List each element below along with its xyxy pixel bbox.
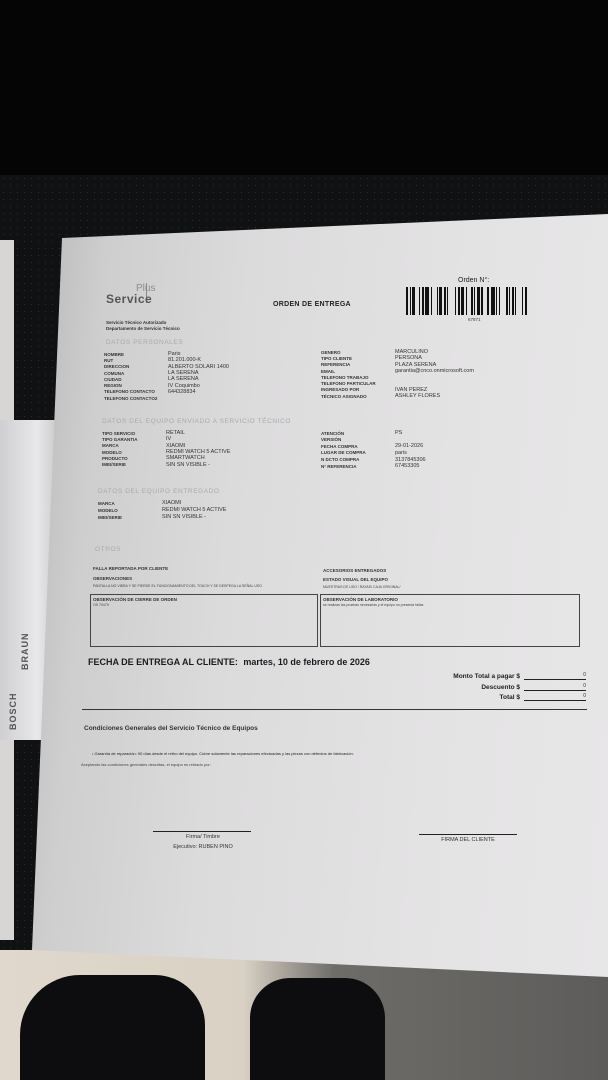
field-value: RETAIL [166,430,185,436]
barcode-bar [499,287,500,315]
field-label: ATENCIÓN [321,431,395,436]
field-row: N° REFERENCIA67453305 [321,463,419,469]
field-label: INGRESADO POR [321,387,395,392]
logo-service: Service [106,292,152,306]
conditions-bullet: • Garantía de reparación: 90 días desde … [92,751,354,756]
observaciones-value: PANTALLA NO VIBRA Y SE PIERDE EL FUNCION… [93,584,262,588]
field-value: MARCULINO [395,349,428,355]
conditions-note: Aceptando las condiciones generales desc… [81,762,211,767]
document-title: ORDEN DE ENTREGA [273,301,351,308]
field-row: VERSIÓN [321,437,395,443]
section-heading-delivered-equipment: DATOS DEL EQUIPO ENTREGADO [98,488,220,495]
barcode-bar [437,287,438,315]
field-label: RUT [104,358,168,363]
field-value: REDMI WATCH 5 ACTIVE [162,507,226,513]
barcode-bar [455,287,456,315]
field-value: LA SERENA [168,370,199,376]
barcode-bar [406,287,408,315]
field-label: LUGAR DE COMPRA [321,450,395,455]
field-value: PS [395,430,402,436]
final-total-value: 0 [524,693,586,701]
signature-executive-line1: Firma/ Timbre [153,834,253,840]
delivery-date-value: martes, 10 de febrero de 2026 [243,657,370,667]
lab-observation-box: OBSERVACIÓN DE LABORATORIO se realizan l… [320,594,580,647]
delivery-date-label: FECHA DE ENTREGA AL CLIENTE: [88,657,238,667]
section-heading-personal: DATOS PERSONALES [106,339,183,346]
signature-line-client [419,834,517,835]
field-label: VERSIÓN [321,437,395,442]
field-label: TELEFONO TRABAJO [321,375,395,380]
field-label: PRODUCTO [102,456,166,461]
total-row-final: Total $ 0 [410,693,586,701]
field-value: SMARTWATCH [166,455,205,461]
field-label: REGION [104,383,168,388]
barcode-bar [506,287,508,315]
barcode-bar [481,287,483,315]
total-value: 0 [524,672,586,680]
section-heading-others: OTROS [95,546,121,553]
closing-observation-box: OBSERVACIÓN DE CIERRE DE ORDEN OS 70479 [90,594,318,647]
field-value: PLAZA SERENA [395,362,436,368]
barcode-bar [487,287,489,315]
barcode-bar [410,287,411,315]
barcode-bar [477,287,480,315]
barcode-bar [461,287,464,315]
barcode-bar [444,287,446,315]
delivery-date: FECHA DE ENTREGA AL CLIENTE: martes, 10 … [88,657,370,667]
field-label: TELEFONO CONTACTO2 [104,396,168,401]
field-label: FECHA COMPRA [321,444,395,449]
field-value: IVAN PEREZ [395,387,427,393]
field-value: SIN SN VISIBLE - [166,462,210,468]
field-row: ATENCIÓNPS [321,430,402,436]
final-total-label: Total $ [410,694,520,701]
field-row: FECHA COMPRA29-01-2026 [321,443,423,449]
field-value: IV Coquimbo [168,383,200,389]
field-label: TIPO CLIENTE [321,356,395,361]
field-label: CIUDAD [104,377,168,382]
field-label: MODELO [98,508,162,513]
field-label: EMAIL [321,369,395,374]
field-value: garantia@cnco.onmicrosoft.com [395,368,474,374]
field-label: TIPO GARANTIA [102,437,166,442]
field-value: XIAOMI [162,500,181,506]
field-value: ALBERTO SOLARI 1400 [168,364,229,370]
estado-visual-label: ESTADO VISUAL DEL EQUIPO [323,577,388,582]
field-value: PERSONA [395,355,422,361]
discount-value: 0 [524,683,586,691]
barcode-bar [512,287,514,315]
field-row: MODELOREDMI WATCH 5 ACTIVE [98,507,226,513]
estado-visual-value: MUESTRAS DE USO / RAYAS/ CAJA ORIGINAL/ [323,585,400,589]
field-label: N DCTO COMPRA [321,457,395,462]
barcode-bar [458,287,460,315]
conditions-title: Condiciones Generales del Servicio Técni… [84,725,258,732]
field-row: LUGAR DE COMPRAparis [321,450,407,456]
field-label: TELEFONO CONTACTO [104,389,168,394]
barcode [406,287,549,315]
accesorios-label: ACCESORIOS ENTREGADOS [323,568,386,573]
barcode-bar [425,287,429,315]
field-value: 81.201.000-K [168,357,201,363]
barcode-bar [471,287,473,315]
barcode-bar [431,287,432,315]
falla-label: FALLA REPORTADA POR CLIENTE [93,566,168,571]
field-label: REFERENCIA [321,362,395,367]
lab-observation-text: se realizan las pruebas necesarias y el … [323,603,579,607]
barcode-bar [491,287,495,315]
company-line: Departamento de Servicio Técnico [106,326,180,332]
barcode-bar [422,287,424,315]
field-row: IMEI/SERIESIN SN VISIBLE - [102,462,210,468]
signature-client: FIRMA DEL CLIENTE [419,837,517,843]
field-label: NOMBRE [104,352,168,357]
company-info: Servicio Técnico Autorizado Departamento… [106,320,180,332]
field-value: Paris [168,351,181,357]
field-value: SIN SN VISIBLE - [162,514,206,520]
barcode-bar [525,287,527,315]
barcode-bar [412,287,415,315]
conditions-bullet-text: Garantía de reparación: 90 días desde el… [95,751,354,756]
divider [82,709,587,710]
field-value: paris [395,450,407,456]
order-number-label: Orden N°: [458,277,489,284]
barcode-bar [419,287,420,315]
total-label: Monto Total a pagar $ [410,673,520,680]
delivery-order-document: Plus Service ORDEN DE ENTREGA Orden N°: … [0,0,608,1080]
field-label: IMEI/SERIE [98,515,162,520]
field-value: 29-01-2026 [395,443,423,449]
field-value: LA SERENA [168,376,199,382]
field-label: N° REFERENCIA [321,464,395,469]
barcode-bar [515,287,516,315]
lab-observation-title: OBSERVACIÓN DE LABORATORIO [323,597,577,602]
total-row-amount: Monto Total a pagar $ 0 [410,672,586,680]
field-value: IV [166,436,171,442]
barcode-bar [447,287,448,315]
signature-executive-line2: Ejecutivo: RUBEN PINO [153,844,253,850]
barcode-bar [522,287,523,315]
field-value: 3137845306 [395,457,426,463]
field-row: MARCAXIAOMI [98,500,181,506]
section-heading-sent-equipment: DATOS DEL EQUIPO ENVIADO A SERVICIO TÉCN… [102,418,291,425]
field-label: GENERO [321,350,395,355]
closing-observation-text: OS 70479 [93,603,317,607]
barcode-bar [439,287,442,315]
field-label: TELEFONO PARTICULAR [321,381,395,386]
field-label: MODELO [102,450,166,455]
field-label: MARCA [102,443,166,448]
field-value: ASHLEY FLORES [395,393,440,399]
field-row: TÉCNICO ASIGNADOASHLEY FLORES [321,393,440,399]
field-label: TIPO SERVICIO [102,431,166,436]
signature-line-executive [153,831,251,832]
field-value: XIAOMI [166,443,185,449]
field-row: IMEI/SERIESIN SN VISIBLE - [98,514,206,520]
order-number: 67871 [468,317,481,322]
closing-observation-title: OBSERVACIÓN DE CIERRE DE ORDEN [93,597,315,602]
total-row-discount: Descuento $ 0 [410,683,586,691]
field-label: COMUNA [104,371,168,376]
field-label: MARCA [98,501,162,506]
field-row: TELEFONO CONTACTO2 [104,395,168,401]
field-value: 67453305 [395,463,419,469]
field-label: TÉCNICO ASIGNADO [321,394,395,399]
field-row: N DCTO COMPRA3137845306 [321,456,426,462]
field-label: DIRECCION [104,364,168,369]
barcode-bar [474,287,475,315]
field-value: REDMI WATCH 5 ACTIVE [166,449,230,455]
barcode-bar [509,287,510,315]
field-value: 644328834 [168,389,196,395]
observaciones-label: OBSERVACIONES [93,576,132,581]
barcode-bar [496,287,497,315]
discount-label: Descuento $ [410,684,520,691]
barcode-bar [466,287,467,315]
field-label: IMEI/SERIE [102,462,166,467]
